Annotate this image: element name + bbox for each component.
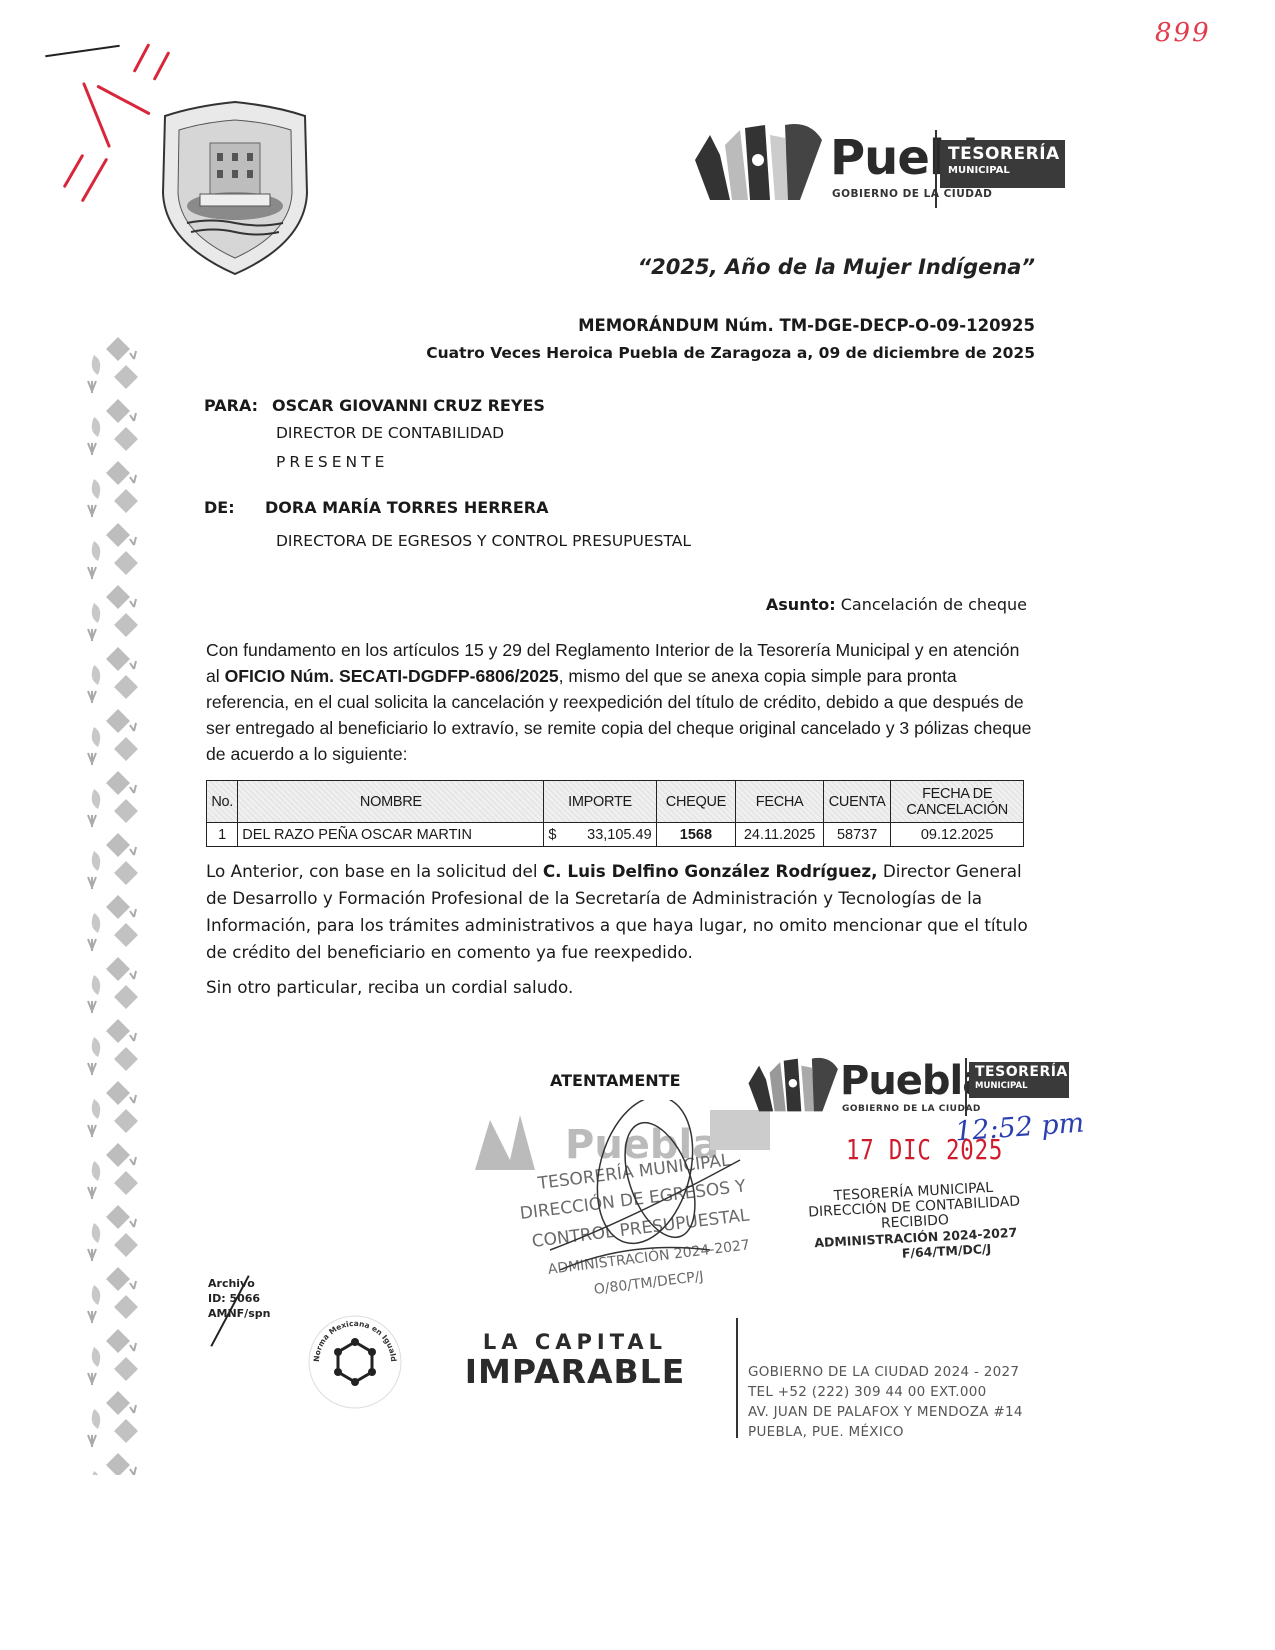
puebla-emblem-icon [690, 120, 825, 205]
place-date: Cuatro Veces Heroica Puebla de Zaragoza … [426, 344, 1035, 362]
cheque-table: No. NOMBRE IMPORTE CHEQUE FECHA CUENTA F… [206, 780, 1024, 847]
sender-role: DIRECTORA DE EGRESOS Y CONTROL PRESUPUES… [276, 532, 691, 550]
puebla-tesoreria-logo: Puebla GOBIERNO DE LA CIUDAD TESORERÍA M… [690, 120, 1110, 210]
subject-line: Asunto: Cancelación de cheque [766, 595, 1027, 614]
year-motto: “2025, Año de la Mujer Indígena” [638, 255, 1035, 279]
igualdad-laboral-seal-icon: Norma Mexicana en Igualdad Laboral y No … [305, 1312, 405, 1412]
logo-subtitle: GOBIERNO DE LA CIUDAD [832, 188, 992, 200]
body-paragraph-2: Lo Anterior, con base en la solicitud de… [206, 858, 1036, 966]
oficio-reference: OFICIO Núm. SECATI-DGDFP-6806/2025 [225, 666, 559, 686]
slogan-top: LA CAPITAL [435, 1330, 715, 1354]
tesoreria-box: TESORERÍA MUNICIPAL [940, 140, 1065, 188]
egresos-stamp: Puebla TESORERÍA MUNICIPAL DIRECCIÓN DE … [470, 1100, 790, 1310]
svg-text:Norma Mexicana en Igualdad Lab: Norma Mexicana en Igualdad Laboral y No … [305, 1312, 398, 1362]
slogan-bottom: IMPARABLE [435, 1352, 715, 1391]
cell-cuenta: 58737 [823, 823, 890, 847]
la-capital-imparable-logo: LA CAPITAL IMPARABLE [435, 1330, 715, 1391]
logo-divider [965, 1058, 967, 1116]
signature-scribble-icon [530, 1100, 760, 1270]
recipient-role: DIRECTOR DE CONTABILIDAD [276, 424, 504, 442]
red-check-mark [63, 154, 85, 188]
recipient-presente: PRESENTE [276, 453, 388, 471]
col-fecha-cancelacion: FECHA DE CANCELACIÓN [891, 781, 1024, 823]
cell-nombre: DEL RAZO PEÑA OSCAR MARTIN [238, 823, 544, 847]
red-check-mark [96, 85, 150, 116]
stamp-line: O/80/TM/DECP/J [593, 1269, 704, 1298]
footer-contact-info: GOBIERNO DE LA CIUDAD 2024 - 2027 TEL +5… [748, 1362, 1023, 1442]
cell-fecha: 24.11.2025 [736, 823, 824, 847]
cell-no: 1 [207, 823, 238, 847]
cell-importe: $33,105.49 [544, 823, 656, 847]
red-check-mark [133, 43, 151, 73]
contabilidad-stamp: TESORERÍA MUNICIPAL DIRECCIÓN DE CONTABI… [788, 1179, 1042, 1267]
body-paragraph-1: Con fundamento en los artículos 15 y 29 … [206, 637, 1036, 767]
sender-label: DE: [204, 498, 235, 517]
subject-value: Cancelación de cheque [841, 595, 1027, 614]
col-fecha: FECHA [736, 781, 824, 823]
puebla-emblem-icon [745, 1052, 840, 1118]
decorative-side-border [70, 335, 150, 1475]
closing-line: Sin otro particular, reciba un cordial s… [206, 977, 573, 997]
pen-mark [45, 45, 120, 57]
memo-number: MEMORÁNDUM Núm. TM-DGE-DECP-O-09-120925 [578, 316, 1035, 335]
recipient-name: OSCAR GIOVANNI CRUZ REYES [272, 396, 545, 415]
folio-number: 899 [1155, 18, 1211, 48]
table-header-row: No. NOMBRE IMPORTE CHEQUE FECHA CUENTA F… [207, 781, 1024, 823]
recipient-label: PARA: [204, 396, 258, 415]
cell-fecha-cancelacion: 09.12.2025 [891, 823, 1024, 847]
red-check-mark [81, 158, 109, 203]
logo-divider [935, 130, 937, 208]
logo-subtitle: GOBIERNO DE LA CIUDAD [842, 1104, 981, 1114]
atentamente-label: ATENTAMENTE [550, 1071, 681, 1090]
col-cuenta: CUENTA [823, 781, 890, 823]
col-no: No. [207, 781, 238, 823]
received-date: 17 DIC 2025 [846, 1133, 1003, 1166]
archive-reference: Archivo ID: 5066 AMNF/spn [208, 1276, 270, 1321]
col-nombre: NOMBRE [238, 781, 544, 823]
sender-name: DORA MARÍA TORRES HERRERA [265, 498, 548, 517]
cell-cheque: 1568 [656, 823, 736, 847]
col-cheque: CHEQUE [656, 781, 736, 823]
col-importe: IMPORTE [544, 781, 656, 823]
table-row: 1 DEL RAZO PEÑA OSCAR MARTIN $33,105.49 … [207, 823, 1024, 847]
city-crest-icon [155, 98, 315, 278]
footer-divider [736, 1318, 738, 1438]
red-check-mark [153, 51, 171, 81]
subject-label: Asunto: [766, 595, 836, 614]
tesoreria-box: TESORERÍA MUNICIPAL [969, 1062, 1069, 1098]
requester-name: C. Luis Delfino González Rodríguez, [543, 861, 878, 881]
